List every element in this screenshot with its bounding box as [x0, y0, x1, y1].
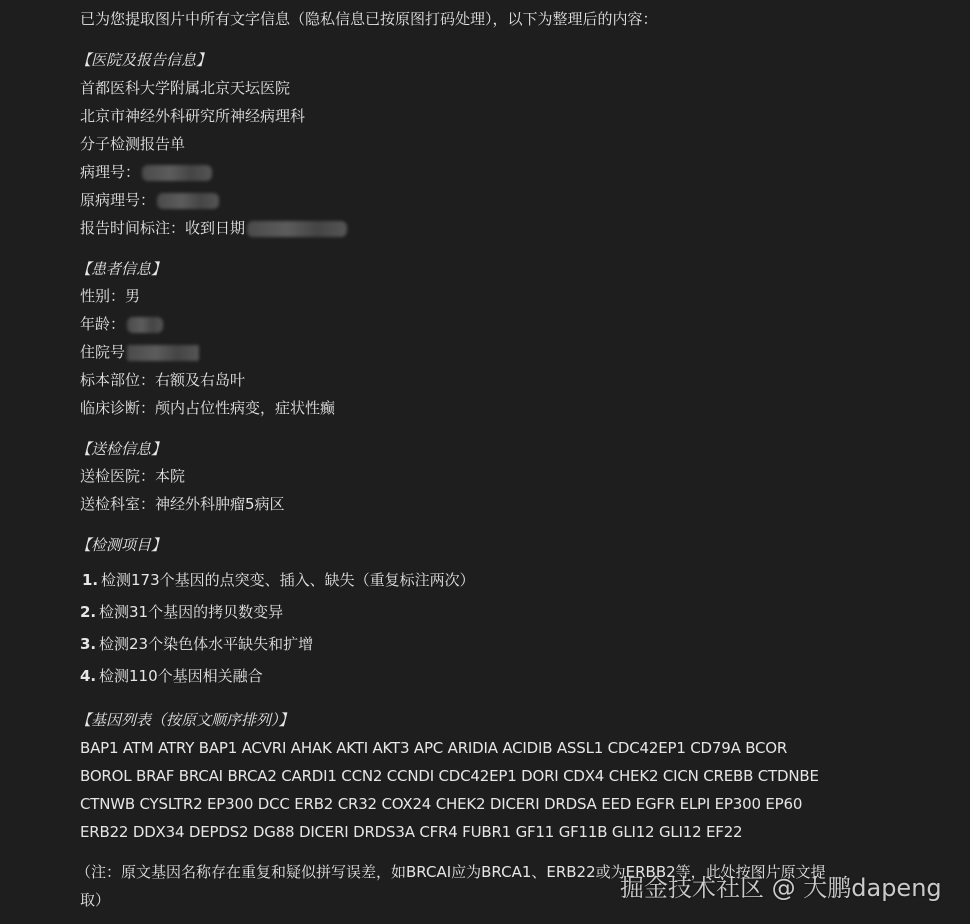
test-item-number: 2.	[80, 602, 99, 622]
section-heading-patient: 【患者信息】	[76, 259, 166, 279]
pathology-number-row: 病理号：	[80, 162, 212, 182]
original-pathology-number-row: 原病理号：	[80, 190, 219, 210]
patient-age-label: 年龄：	[80, 315, 125, 333]
clinical-diagnosis: 临床诊断：颅内占位性病变，症状性癫	[80, 398, 335, 418]
note-line-2: 取）	[80, 890, 110, 910]
redacted-age	[127, 317, 163, 333]
original-pathology-number-label: 原病理号：	[80, 191, 155, 209]
redacted-inpatient-number	[127, 345, 199, 361]
department-name: 北京市神经外科研究所神经病理科	[80, 106, 305, 126]
gene-list-line: BAP1 ATM ATRY BAP1 ACVRI AHAK AKTI AKT3 …	[80, 738, 787, 758]
test-item-text: 检测173个基因的点突变、插入、缺失（重复标注两次）	[101, 571, 475, 589]
inpatient-number-label: 住院号	[80, 343, 125, 361]
intro-text: 已为您提取图片中所有文字信息（隐私信息已按原图打码处理），以下为整理后的内容：	[80, 9, 658, 29]
report-time-row: 报告时间标注：收到日期	[80, 218, 347, 238]
inpatient-number-row: 住院号	[80, 342, 199, 362]
test-item-text: 检测23个染色体水平缺失和扩增	[99, 635, 313, 653]
watermark: 掘金技术社区 @ 大鹏dapeng	[620, 868, 942, 903]
section-heading-tests: 【检测项目】	[76, 535, 166, 555]
gene-list-line: ERB22 DDX34 DEPDS2 DG88 DICERI DRDS3A CF…	[80, 822, 742, 842]
patient-age-row: 年龄：	[80, 314, 163, 334]
pathology-number-label: 病理号：	[80, 163, 140, 181]
patient-gender: 性别：男	[80, 286, 140, 306]
section-heading-genes: 【基因列表（按原文顺序排列）】	[76, 710, 294, 730]
test-item: 2.检测31个基因的拷贝数变异	[80, 602, 283, 622]
report-time-label: 报告时间标注：收到日期	[80, 219, 245, 237]
test-item-number: 3.	[80, 634, 99, 654]
section-heading-hospital: 【医院及报告信息】	[76, 50, 211, 70]
test-item: 4.检测110个基因相关融合	[80, 666, 263, 686]
redacted-report-date	[247, 221, 347, 237]
test-item: 3.检测23个染色体水平缺失和扩增	[80, 634, 313, 654]
submitting-department: 送检科室：神经外科肿瘤5病区	[80, 494, 285, 514]
test-item-number: 1.	[82, 570, 101, 590]
test-item-number: 4.	[80, 666, 99, 686]
redacted-original-pathology-number	[157, 193, 219, 209]
section-heading-submission: 【送检信息】	[76, 439, 166, 459]
redacted-pathology-number	[142, 165, 212, 181]
report-title: 分子检测报告单	[80, 134, 185, 154]
hospital-name: 首都医科大学附属北京天坛医院	[80, 78, 290, 98]
test-item-text: 检测110个基因相关融合	[99, 667, 263, 685]
submitting-hospital: 送检医院：本院	[80, 466, 185, 486]
gene-list-line: BOROL BRAF BRCAI BRCA2 CARDI1 CCN2 CCNDI…	[80, 766, 819, 786]
gene-list-line: CTNWB CYSLTR2 EP300 DCC ERB2 CR32 COX24 …	[80, 794, 802, 814]
specimen-site: 标本部位：右额及右岛叶	[80, 370, 245, 390]
test-item: 1.检测173个基因的点突变、插入、缺失（重复标注两次）	[82, 570, 475, 590]
test-item-text: 检测31个基因的拷贝数变异	[99, 603, 283, 621]
